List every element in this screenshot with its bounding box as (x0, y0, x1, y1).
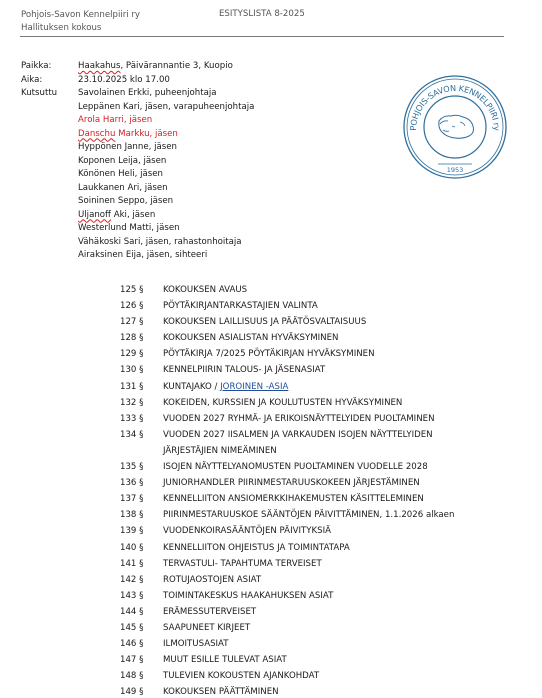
agenda-item: 133 §VUODEN 2027 RYHMÄ- JA ERIKOISNÄYTTE… (120, 411, 463, 427)
agenda-number: 148 § (120, 668, 163, 684)
agenda-item: 141 §TERVASTULI- TAPAHTUMA TERVEISET (120, 556, 463, 572)
agenda-number: 136 § (120, 475, 163, 491)
invited-label: Kutsuttu (21, 87, 78, 263)
invited-member: Laukkanen Ari, jäsen (78, 182, 254, 196)
agenda-title: KOKOUKSEN AVAUS (163, 282, 463, 298)
agenda-number: 125 § (120, 282, 163, 298)
agenda-item: 126 §PÖYTÄKIRJANTARKASTAJIEN VALINTA (120, 298, 463, 314)
invited-member: Hyppönen Janne, jäsen (78, 141, 254, 155)
agenda-number: 131 § (120, 379, 163, 395)
agenda-title: ROTUJAOSTOJEN ASIAT (163, 572, 463, 588)
agenda-title: TERVASTULI- TAPAHTUMA TERVEISET (163, 556, 463, 572)
agenda-item: 125 §KOKOUKSEN AVAUS (120, 282, 463, 298)
invited-member: Leppänen Kari, jäsen, varapuheenjohtaja (78, 101, 254, 115)
agenda-title: JUNIORHANDLER PIIRINMESTARUUSKOKEEN JÄRJ… (163, 475, 463, 491)
meeting-type: Hallituksen kokous (21, 22, 140, 35)
agenda-number: 130 § (120, 362, 163, 378)
agenda-title: ERÄMESSUTERVEISET (163, 604, 463, 620)
agenda-item: 131 §KUNTAJAKO / JOROINEN -ASIA (120, 379, 463, 395)
agenda-number: 139 § (120, 523, 163, 539)
svg-text:POHJOIS-SAVON KENNELPIIRI ry: POHJOIS-SAVON KENNELPIIRI ry (408, 83, 502, 131)
agenda-title: KOKOUKSEN PÄÄTTÄMINEN (163, 684, 463, 698)
agenda-item: 136 §JUNIORHANDLER PIIRINMESTARUUSKOKEEN… (120, 475, 463, 491)
agenda-item: 148 §TULEVIEN KOKOUSTEN AJANKOHDAT (120, 668, 463, 684)
invited-member: Uljanoff Aki, jäsen (78, 209, 254, 223)
time-label: Aika: (21, 74, 78, 88)
agenda-number: 149 § (120, 684, 163, 698)
org-name: Pohjois-Savon Kennelpiiri ry (21, 9, 140, 22)
document-header: Pohjois-Savon Kennelpiiri ry Hallituksen… (21, 9, 140, 35)
agenda-item: 135 §ISOJEN NÄYTTELYANOMUSTEN PUOLTAMINE… (120, 459, 463, 475)
invited-member: Westerlund Matti, jäsen (78, 222, 254, 236)
agenda-number: 145 § (120, 620, 163, 636)
agenda-title: VUODEN 2027 RYHMÄ- JA ERIKOISNÄYTTELYIDE… (163, 411, 463, 427)
agenda-number: 138 § (120, 507, 163, 523)
agenda-number: 133 § (120, 411, 163, 427)
agenda-item: 132 §KOKEIDEN, KURSSIEN JA KOULUTUSTEN H… (120, 395, 463, 411)
agenda-number: 132 § (120, 395, 163, 411)
invited-member: Vähäkoski Sari, jäsen, rahastonhoitaja (78, 236, 254, 250)
agenda-number: 134 § (120, 427, 163, 459)
meeting-info: Paikka: Haakahus, Päivärannantie 3, Kuop… (21, 60, 254, 263)
agenda-title: KUNTAJAKO / JOROINEN -ASIA (163, 379, 463, 395)
place-address: , Päivärannantie 3, Kuopio (120, 61, 232, 71)
kennel-district-logo: POHJOIS-SAVON KENNELPIIRI ry 1953 (402, 74, 508, 180)
agenda-list: 125 §KOKOUKSEN AVAUS126 §PÖYTÄKIRJANTARK… (120, 282, 463, 698)
agenda-title: PÖYTÄKIRJA 7/2025 PÖYTÄKIRJAN HYVÄKSYMIN… (163, 346, 463, 362)
place-row: Paikka: Haakahus, Päivärannantie 3, Kuop… (21, 60, 254, 74)
agenda-number: 146 § (120, 636, 163, 652)
agenda-item: 149 §KOKOUKSEN PÄÄTTÄMINEN (120, 684, 463, 698)
agenda-title: PIIRINMESTARUUSKOE SÄÄNTÖJEN PÄIVITTÄMIN… (163, 507, 463, 523)
agenda-number: 128 § (120, 330, 163, 346)
time-value: 23.10.2025 klo 17.00 (78, 74, 170, 88)
agenda-number: 143 § (120, 588, 163, 604)
agenda-item: 147 §MUUT ESILLE TULEVAT ASIAT (120, 652, 463, 668)
agenda-item: 144 §ERÄMESSUTERVEISET (120, 604, 463, 620)
agenda-item: 129 §PÖYTÄKIRJA 7/2025 PÖYTÄKIRJAN HYVÄK… (120, 346, 463, 362)
spellcheck-word: Uljanoff (78, 210, 111, 220)
invited-member: Danschu Markku, jäsen (78, 128, 254, 142)
invited-member: Savolainen Erkki, puheenjohtaja (78, 87, 254, 101)
agenda-number: 137 § (120, 491, 163, 507)
invited-member: Soininen Seppo, jäsen (78, 195, 254, 209)
agenda-title: TULEVIEN KOKOUSTEN AJANKOHDAT (163, 668, 463, 684)
header-divider (20, 36, 504, 37)
document-id: ESITYSLISTA 8-2025 (219, 9, 305, 19)
agenda-title: KOKOUKSEN ASIALISTAN HYVÄKSYMINEN (163, 330, 463, 346)
invited-list: Savolainen Erkki, puheenjohtajaLeppänen … (78, 87, 254, 263)
agenda-title: VUODEN 2027 IISALMEN JA VARKAUDEN ISOJEN… (163, 427, 463, 459)
agenda-item: 139 §VUODENKOIRASÄÄNTÖJEN PÄIVITYKSIÄ (120, 523, 463, 539)
agenda-title: KENNELLIITON OHJEISTUS JA TOIMINTATAPA (163, 540, 463, 556)
invited-member: Könönen Heli, jäsen (78, 168, 254, 182)
invited-member: Koponen Leija, jäsen (78, 155, 254, 169)
agenda-title: TOIMINTAKESKUS HAAKAHUKSEN ASIAT (163, 588, 463, 604)
agenda-number: 147 § (120, 652, 163, 668)
agenda-item: 143 §TOIMINTAKESKUS HAAKAHUKSEN ASIAT (120, 588, 463, 604)
spellcheck-word: Danschu (78, 129, 115, 139)
agenda-item: 130 §KENNELPIIRIN TALOUS- JA JÄSENASIAT (120, 362, 463, 378)
agenda-title: MUUT ESILLE TULEVAT ASIAT (163, 652, 463, 668)
agenda-title: VUODENKOIRASÄÄNTÖJEN PÄIVITYKSIÄ (163, 523, 463, 539)
agenda-item: 137 §KENNELLIITON ANSIOMERKKIHAKEMUSTEN … (120, 491, 463, 507)
agenda-title: KOKOUKSEN LAILLISUUS JA PÄÄTÖSVALTAISUUS (163, 314, 463, 330)
agenda-item: 134 §VUODEN 2027 IISALMEN JA VARKAUDEN I… (120, 427, 463, 459)
agenda-item: 146 §ILMOITUSASIAT (120, 636, 463, 652)
agenda-number: 126 § (120, 298, 163, 314)
agenda-title: KENNELPIIRIN TALOUS- JA JÄSENASIAT (163, 362, 463, 378)
invited-member: Arola Harri, jäsen (78, 114, 254, 128)
agenda-item: 145 §SAAPUNEET KIRJEET (120, 620, 463, 636)
agenda-number: 142 § (120, 572, 163, 588)
invited-row: Kutsuttu Savolainen Erkki, puheenjohtaja… (21, 87, 254, 263)
place-value: Haakahus, Päivärannantie 3, Kuopio (78, 60, 233, 74)
agenda-number: 127 § (120, 314, 163, 330)
agenda-number: 141 § (120, 556, 163, 572)
agenda-item: 138 §PIIRINMESTARUUSKOE SÄÄNTÖJEN PÄIVIT… (120, 507, 463, 523)
agenda-item: 127 §KOKOUKSEN LAILLISUUS JA PÄÄTÖSVALTA… (120, 314, 463, 330)
agenda-number: 135 § (120, 459, 163, 475)
agenda-title: ILMOITUSASIAT (163, 636, 463, 652)
agenda-link[interactable]: JOROINEN -ASIA (220, 382, 288, 392)
agenda-title: PÖYTÄKIRJANTARKASTAJIEN VALINTA (163, 298, 463, 314)
place-name: Haakahus (78, 61, 120, 71)
agenda-title: KOKEIDEN, KURSSIEN JA KOULUTUSTEN HYVÄKS… (163, 395, 463, 411)
agenda-number: 140 § (120, 540, 163, 556)
agenda-title: KENNELLIITON ANSIOMERKKIHAKEMUSTEN KÄSIT… (163, 491, 463, 507)
agenda-title: SAAPUNEET KIRJEET (163, 620, 463, 636)
svg-text:1953: 1953 (447, 166, 464, 174)
agenda-item: 128 §KOKOUKSEN ASIALISTAN HYVÄKSYMINEN (120, 330, 463, 346)
invited-member: Airaksinen Eija, jäsen, sihteeri (78, 249, 254, 263)
place-label: Paikka: (21, 60, 78, 74)
agenda-number: 144 § (120, 604, 163, 620)
agenda-item: 142 §ROTUJAOSTOJEN ASIAT (120, 572, 463, 588)
agenda-number: 129 § (120, 346, 163, 362)
time-row: Aika: 23.10.2025 klo 17.00 (21, 74, 254, 88)
agenda-item: 140 §KENNELLIITON OHJEISTUS JA TOIMINTAT… (120, 540, 463, 556)
agenda-title: ISOJEN NÄYTTELYANOMUSTEN PUOLTAMINEN VUO… (163, 459, 463, 475)
